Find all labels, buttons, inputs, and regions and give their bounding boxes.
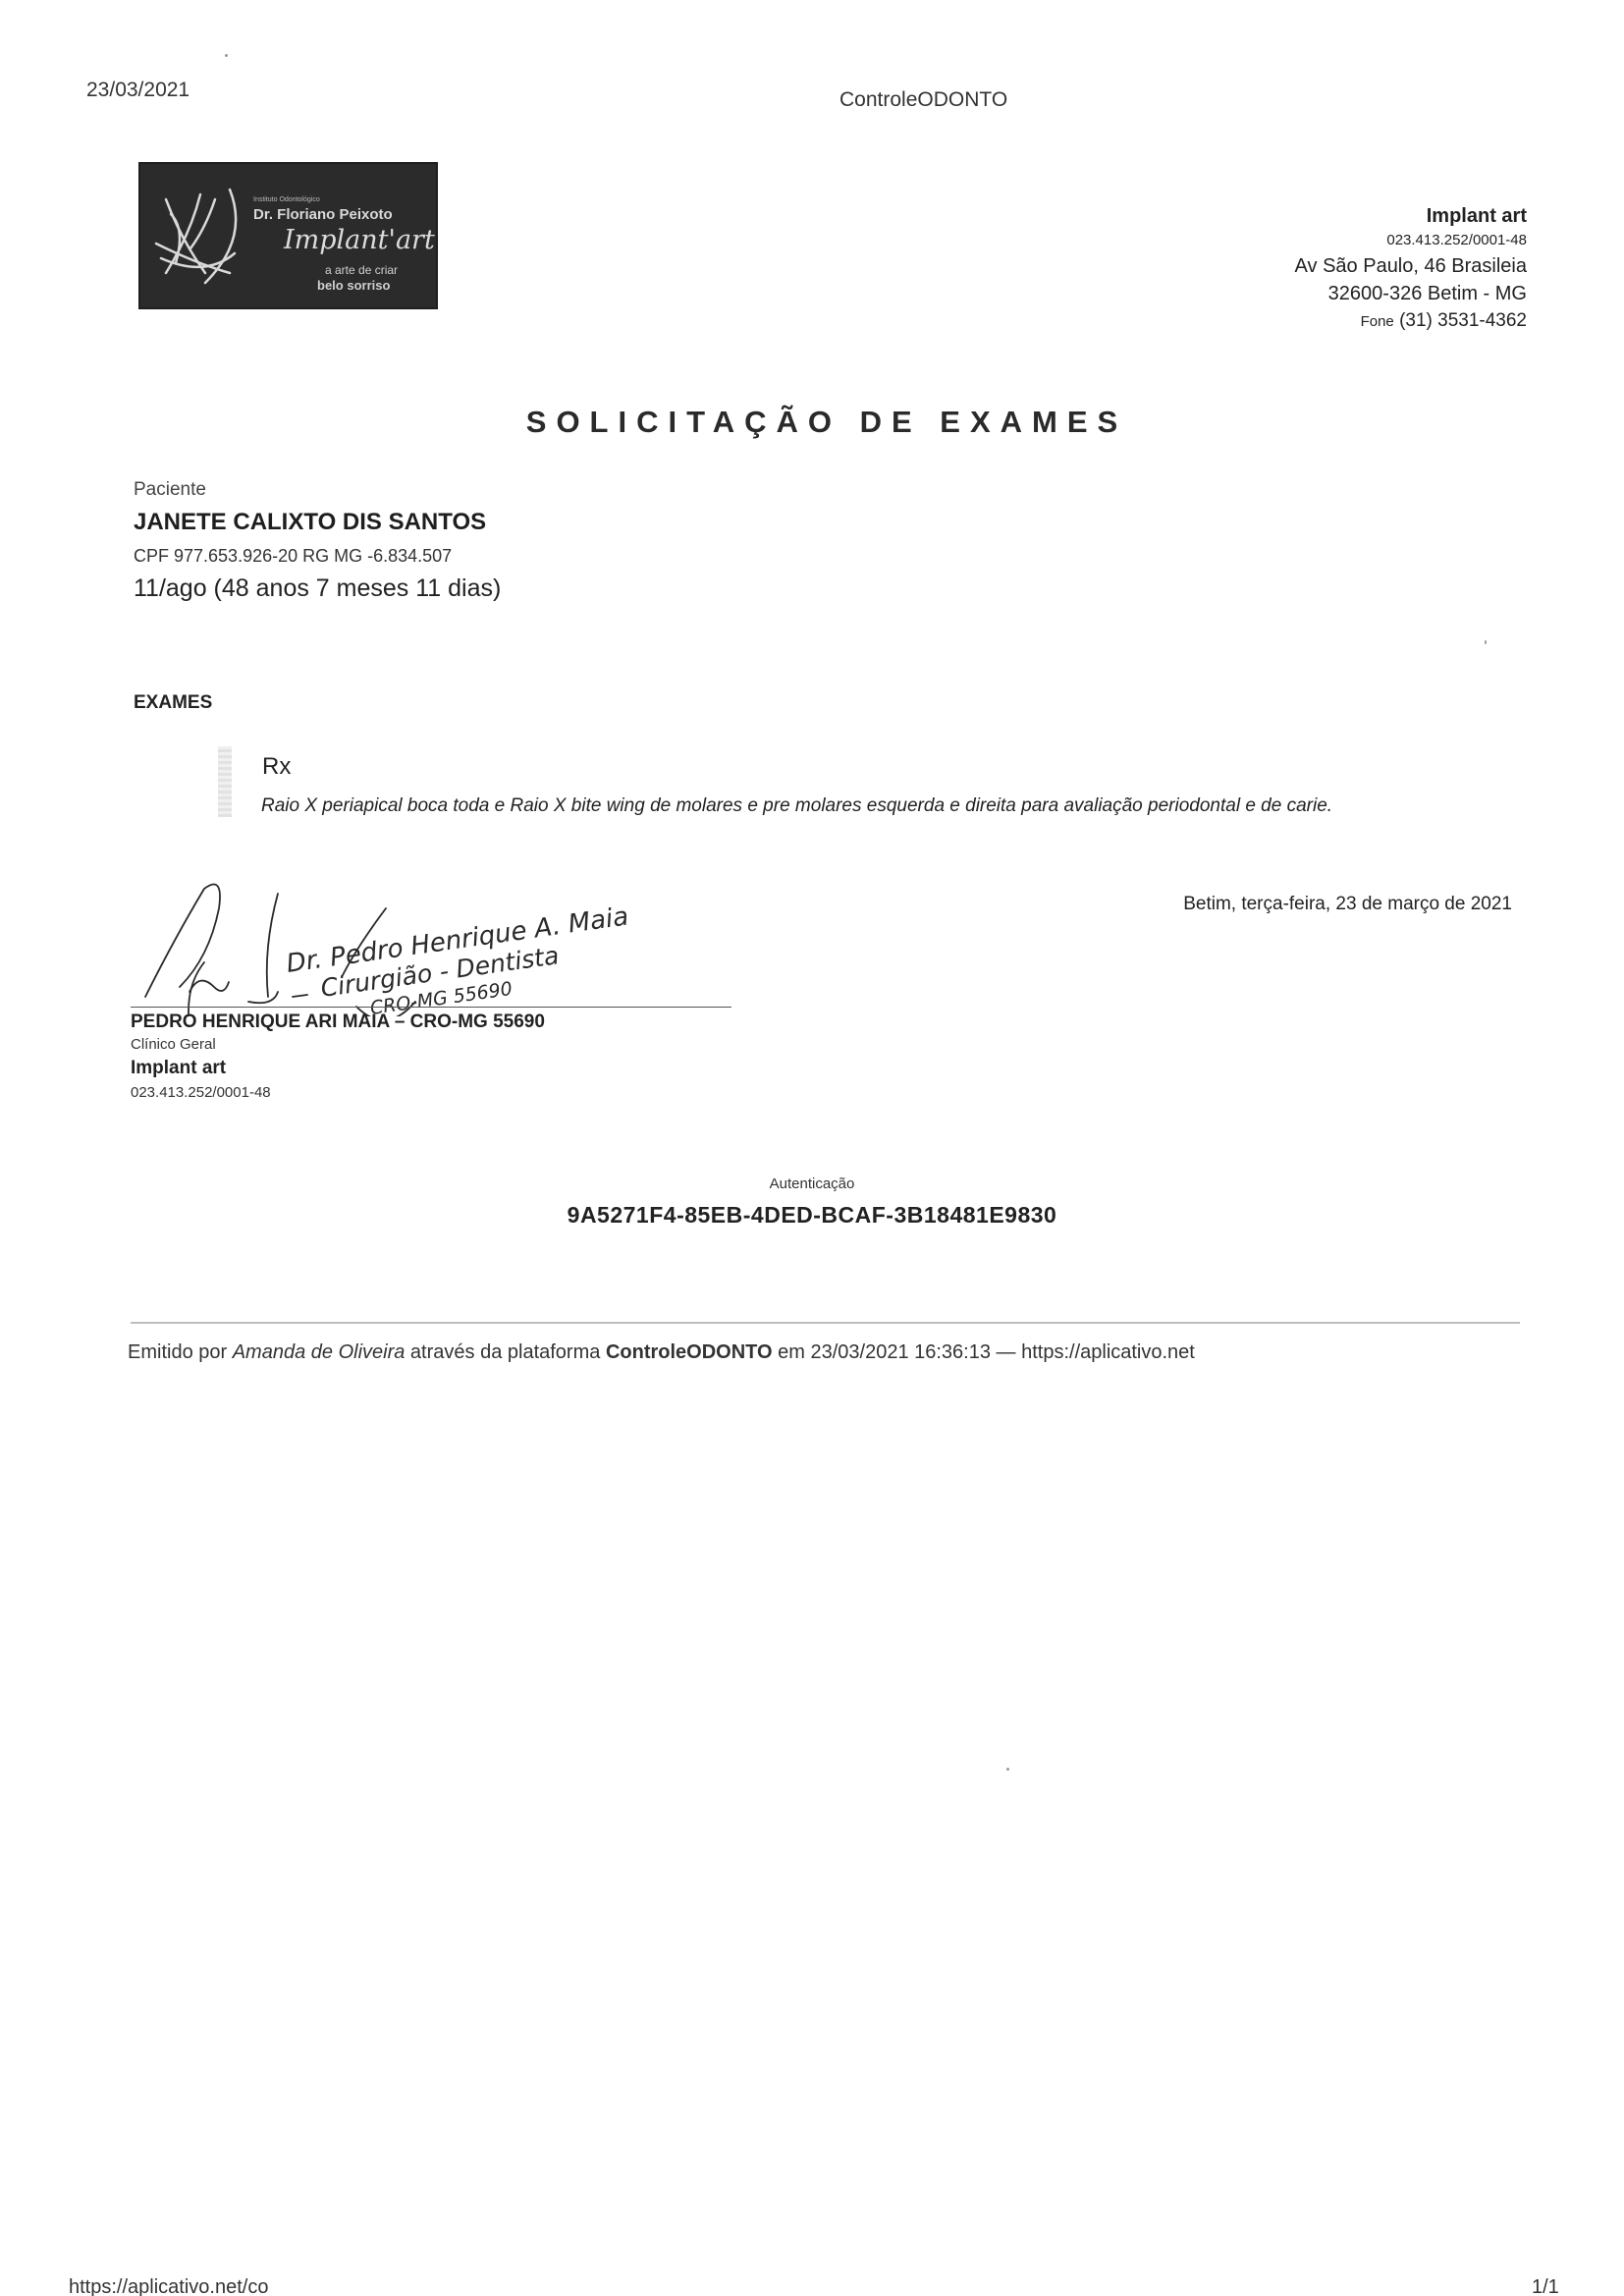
company-cnpj: 023.413.252/0001-48 (1295, 229, 1527, 252)
patient-birthday-age: 11/ago (48 anos 7 meses 11 dias) (134, 574, 501, 603)
authentication-label: Autenticação (0, 1175, 1624, 1192)
footer-issuer: Amanda de Oliveira (233, 1341, 406, 1363)
print-footer-url: https://aplicativo.net/co (69, 2276, 268, 2296)
authentication-code: 9A5271F4-85EB-4DED-BCAF-3B18481E9830 (0, 1202, 1624, 1229)
patient-name: JANETE CALIXTO DIS SANTOS (134, 509, 501, 536)
signer-name: PEDRO HENRIQUE ARI MAIA – CRO-MG 55690 (131, 1011, 545, 1034)
print-footer-page: 1/1 (1532, 2276, 1559, 2296)
logo-tagline-2: belo sorriso (317, 278, 390, 293)
logo-small-text: Instituto Odontológico (253, 196, 320, 203)
print-date: 23/03/2021 (86, 79, 189, 102)
footer-suffix: em 23/03/2021 16:36:13 — https://aplicat… (773, 1341, 1195, 1363)
company-city: 32600-326 Betim - MG (1295, 280, 1527, 307)
exam-item-description: Raio X periapical boca toda e Raio X bit… (261, 795, 1332, 817)
exam-item-title: Rx (262, 753, 291, 781)
company-address: Av São Paulo, 46 Brasileia (1295, 252, 1527, 280)
document-title: SOLICITAÇÃO DE EXAMES (0, 405, 1624, 440)
phone-number: (31) 3531-4362 (1399, 310, 1527, 331)
signer-org: Implant art (131, 1056, 545, 1081)
scan-speck (1485, 640, 1487, 644)
emitted-by-footer: Emitido por Amanda de Oliveira através d… (128, 1341, 1195, 1364)
signer-cnpj: 023.413.252/0001-48 (131, 1081, 545, 1105)
patient-section: Paciente JANETE CALIXTO DIS SANTOS CPF 9… (134, 479, 501, 603)
phone-label: Fone (1361, 313, 1394, 330)
signature-stamp: Dr. Pedro Henrique A. Maia Cirurgião - D… (131, 869, 739, 1007)
footer-platform: ControleODONTO (606, 1341, 773, 1363)
handwritten-signature-icon: Dr. Pedro Henrique A. Maia Cirurgião - D… (131, 869, 739, 1016)
patient-label: Paciente (134, 479, 501, 501)
patient-documents: CPF 977.653.926-20 RG MG -6.834.507 (134, 546, 501, 567)
city-date: Betim, terça-feira, 23 de março de 2021 (1183, 894, 1512, 915)
logo-tagline-1: a arte de criar (325, 263, 398, 277)
branches-logo-icon (146, 180, 254, 298)
company-phone: Fone (31) 3531-4362 (1295, 307, 1527, 336)
scan-speck (225, 54, 228, 57)
print-app-name: ControleODONTO (839, 88, 1007, 112)
clinic-logo: Instituto Odontológico Dr. Floriano Peix… (138, 162, 438, 309)
scan-speck (1006, 1768, 1009, 1771)
footer-divider (131, 1322, 1520, 1324)
footer-middle: através da plataforma (405, 1341, 606, 1363)
signature-line (131, 1007, 731, 1008)
company-info: Implant art 023.413.252/0001-48 Av São P… (1295, 203, 1527, 336)
exam-item-marker (218, 746, 232, 817)
footer-prefix: Emitido por (128, 1341, 233, 1363)
logo-brand: Implant'art (284, 225, 435, 255)
signer-role: Clínico Geral (131, 1034, 545, 1056)
company-name: Implant art (1295, 203, 1527, 229)
exams-heading: EXAMES (134, 692, 212, 714)
logo-doctor-name: Dr. Floriano Peixoto (253, 206, 393, 223)
signer-block: PEDRO HENRIQUE ARI MAIA – CRO-MG 55690 C… (131, 1011, 545, 1105)
